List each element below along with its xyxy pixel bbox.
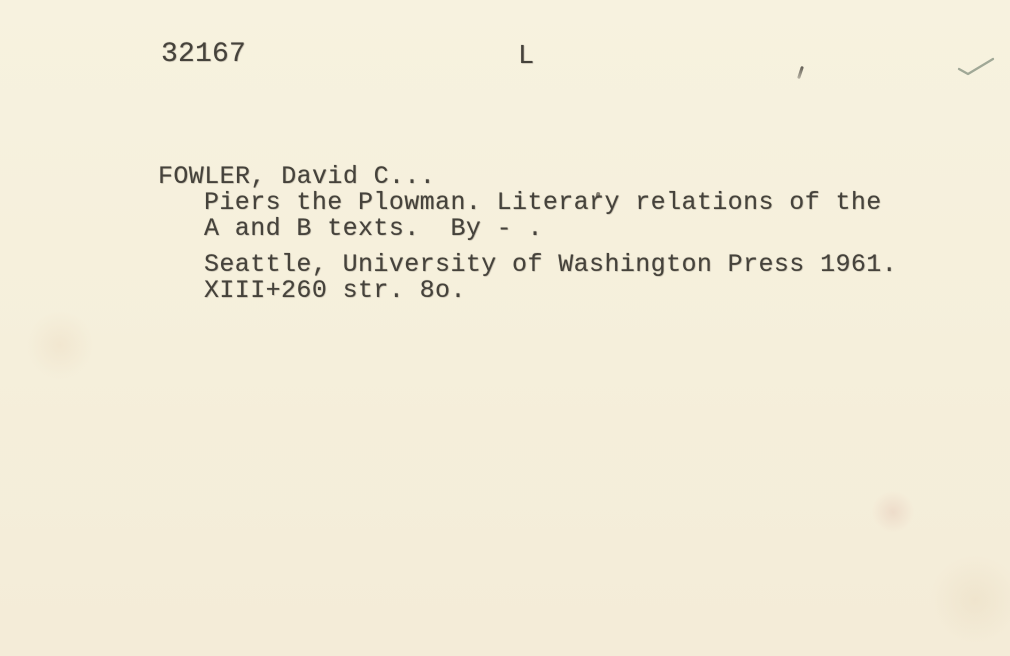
title-line: Piers the Plowman. Literary relations of…: [204, 190, 882, 216]
section-letter: L: [518, 44, 535, 70]
title-line: A and B texts. By - .: [204, 216, 543, 242]
catalog-card: 32167 L FOWLER, David C... Piers the Plo…: [0, 0, 1010, 656]
ink-tick-icon: [797, 66, 804, 79]
author-heading: FOWLER, David C...: [158, 164, 435, 190]
collation-line: XIII+260 str. 8o.: [204, 278, 466, 304]
imprint-line: Seattle, University of Washington Press …: [204, 252, 897, 278]
call-number: 32167: [161, 42, 246, 68]
pencil-checkmark-icon: [956, 56, 998, 80]
